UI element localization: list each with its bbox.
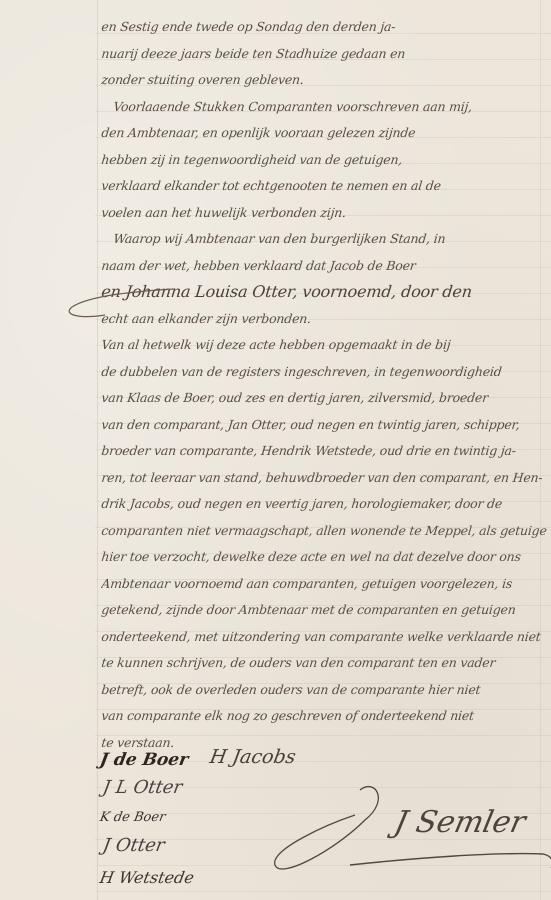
text-line: echt aan elkander zijn verbonden.	[100, 306, 548, 333]
text-line: Waarop wij Ambtenaar van den burgerlijke…	[100, 226, 548, 253]
text-line: naam der wet, hebben verklaard dat Jacob…	[100, 253, 548, 280]
signature-block: J de Boer J L Otter K de Boer J Otter H …	[95, 750, 551, 900]
signature-h-jacobs: H Jacobs	[208, 746, 297, 768]
text-line: getekend, zijnde door Ambtenaar met de c…	[100, 597, 548, 624]
handwritten-text-body: en Sestig ende twede op Sondag den derde…	[100, 14, 545, 756]
text-line: drik Jacobs, oud negen en veertig jaren,…	[100, 491, 548, 518]
text-line: Van al hetwelk wij deze acte hebben opge…	[100, 332, 548, 359]
text-line: voelen aan het huwelijk verbonden zijn.	[100, 200, 548, 227]
text-line: van Klaas de Boer, oud zes en dertig jar…	[100, 385, 548, 412]
text-line: nuarij deeze jaars beide ten Stadhuize g…	[100, 41, 548, 68]
signature-j-otter: J Otter	[101, 835, 166, 856]
signature-j-de-boer: J de Boer	[98, 750, 190, 770]
text-line: verklaard elkander tot echtgenooten te n…	[100, 173, 548, 200]
text-line: en Sestig ende twede op Sondag den derde…	[100, 14, 548, 41]
signature-h-wetstede: H Wetstede	[98, 868, 195, 887]
text-line: van den comparant, Jan Otter, oud negen …	[100, 412, 548, 439]
signature-j-l-otter: J L Otter	[101, 777, 184, 798]
text-line: Voorlaaende Stukken Comparanten voorschr…	[100, 94, 548, 121]
text-line: zonder stuiting overen gebleven.	[100, 67, 548, 94]
signature-official: J Semler	[391, 805, 528, 840]
text-line: den Ambtenaar, en openlijk vooraan gelez…	[100, 120, 548, 147]
text-line: onderteekend, met uitzondering van compa…	[100, 624, 548, 651]
text-line: comparanten niet vermaagschapt, allen wo…	[100, 518, 548, 545]
text-line: betreft, ook de overleden ouders van de …	[100, 677, 548, 704]
signature-k-de-boer: K de Boer	[99, 810, 167, 825]
text-line: van comparante elk nog zo geschreven of …	[100, 703, 548, 730]
document-page: en Sestig ende twede op Sondag den derde…	[0, 0, 551, 900]
text-line: broeder van comparante, Hendrik Wetstede…	[100, 438, 548, 465]
text-line: ren, tot leeraar van stand, behuwdbroede…	[100, 465, 548, 492]
text-line: de dubbelen van de registers ingeschreve…	[100, 359, 548, 386]
text-line: hebben zij in tegenwoordigheid van de ge…	[100, 147, 548, 174]
text-line: hier toe verzocht, dewelke deze acte en …	[100, 544, 548, 571]
text-line: Ambtenaar voornoemd aan comparanten, get…	[100, 571, 548, 598]
text-line: te kunnen schrijven, de ouders van den c…	[100, 650, 548, 677]
text-line-names: en Johanna Louisa Otter, voornoemd, door…	[100, 279, 548, 306]
